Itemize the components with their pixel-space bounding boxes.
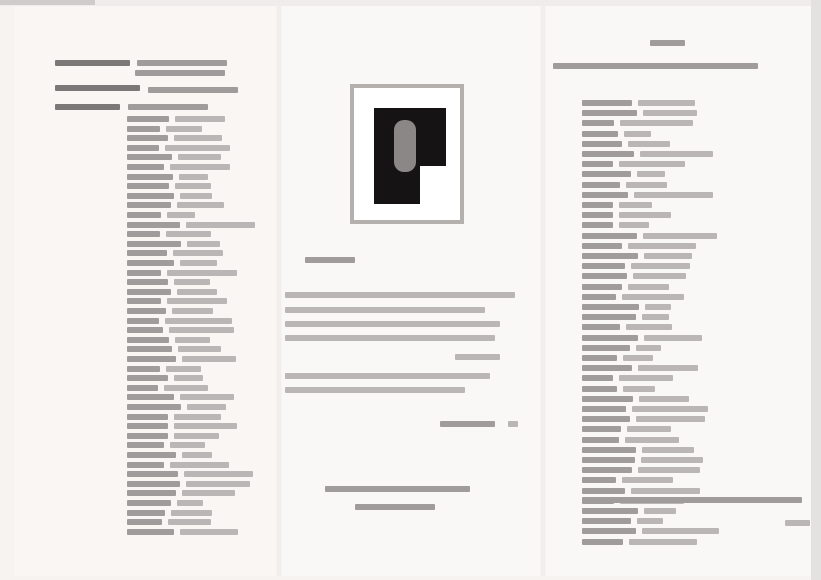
right-list-entry: [642, 528, 719, 534]
center-footer-title: [325, 486, 470, 492]
left-list-entry: [127, 183, 169, 189]
right-list-entry: [582, 110, 637, 116]
right-list-entry: [582, 273, 627, 279]
portrait-frame: [350, 84, 464, 224]
right-list-entry: [638, 365, 698, 371]
left-list-entry: [173, 250, 223, 256]
right-list-entry: [619, 222, 649, 228]
left-list-entry: [127, 481, 180, 487]
left-list-entry: [127, 500, 171, 506]
left-list-entry: [179, 174, 207, 180]
right-list-entry: [582, 100, 632, 106]
left-header-line: [55, 104, 120, 110]
left-list-entry: [127, 519, 162, 525]
left-list-entry: [170, 164, 230, 170]
left-list-entry: [127, 414, 168, 420]
left-header-line: [128, 104, 208, 110]
right-list-entry: [582, 335, 638, 341]
right-list-entry: [582, 467, 632, 473]
portrait-photo: [374, 108, 446, 204]
left-list-entry: [127, 135, 168, 141]
left-list-entry: [127, 308, 166, 314]
center-paragraph-line: [285, 387, 465, 393]
left-header-line: [135, 70, 225, 76]
right-list-entry: [620, 120, 694, 126]
left-header-line: [148, 87, 238, 93]
center-signature: [508, 421, 518, 427]
left-list-entry: [177, 500, 203, 506]
right-list-entry: [582, 202, 613, 208]
left-list-entry: [127, 337, 169, 343]
right-list-entry: [582, 253, 638, 259]
right-list-entry: [640, 151, 713, 157]
right-list-entry: [637, 171, 665, 177]
right-list-entry: [582, 212, 613, 218]
left-list-entry: [178, 154, 221, 160]
left-list-entry: [167, 298, 227, 304]
left-list-entry: [127, 174, 173, 180]
left-list-entry: [178, 346, 221, 352]
right-list-entry: [642, 314, 669, 320]
right-list-entry: [582, 182, 620, 188]
left-list-entry: [127, 366, 160, 372]
right-list-entry: [582, 233, 637, 239]
scan-right-edge: [811, 0, 821, 580]
right-list-entry: [582, 365, 632, 371]
right-list-entry: [582, 457, 635, 463]
right-list-entry: [582, 141, 622, 147]
right-list-entry: [582, 528, 636, 534]
right-list-entry: [582, 539, 623, 545]
right-list-entry: [582, 131, 618, 137]
left-list-entry: [186, 481, 250, 487]
left-list-entry: [127, 154, 172, 160]
right-list-entry: [632, 406, 707, 412]
right-list-entry: [626, 324, 672, 330]
left-list-entry: [165, 318, 232, 324]
left-list-entry: [180, 394, 234, 400]
right-list-entry: [629, 539, 697, 545]
left-list-entry: [174, 135, 222, 141]
right-list-entry: [582, 518, 631, 524]
right-list-entry: [619, 161, 685, 167]
right-list-entry: [644, 508, 677, 514]
left-list-entry: [127, 279, 168, 285]
left-list-entry: [175, 116, 225, 122]
left-list-entry: [167, 270, 236, 276]
left-list-entry: [174, 279, 209, 285]
right-list-entry: [637, 518, 662, 524]
left-list-entry: [182, 356, 236, 362]
left-list-entry: [127, 212, 161, 218]
left-list-entry: [184, 471, 253, 477]
left-list-entry: [127, 356, 176, 362]
left-list-entry: [127, 260, 174, 266]
left-list-entry: [164, 385, 208, 391]
right-list-entry: [624, 131, 652, 137]
left-list-entry: [182, 490, 236, 496]
right-list-entry: [628, 243, 696, 249]
right-list-entry: [625, 437, 679, 443]
right-list-entry: [582, 263, 625, 269]
left-list-entry: [127, 433, 168, 439]
right-list-entry: [619, 202, 652, 208]
right-list-entry: [582, 243, 622, 249]
right-list-entry: [582, 294, 616, 300]
left-list-entry: [127, 193, 174, 199]
right-list-entry: [644, 253, 692, 259]
left-list-entry: [127, 442, 164, 448]
scan-edge-mark: [785, 520, 810, 526]
left-list-entry: [127, 270, 161, 276]
right-list-entry: [628, 284, 669, 290]
left-list-entry: [127, 222, 180, 228]
right-list-entry: [643, 233, 717, 239]
right-list-entry: [638, 467, 700, 473]
left-list-entry: [187, 404, 227, 410]
left-list-entry: [127, 471, 178, 477]
left-list-entry: [127, 423, 168, 429]
right-list-entry: [636, 345, 662, 351]
left-list-entry: [127, 404, 181, 410]
left-list-entry: [127, 462, 164, 468]
right-list-entry: [627, 426, 671, 432]
right-list-entry: [582, 426, 621, 432]
left-list-entry: [127, 116, 169, 122]
right-list-entry: [582, 120, 614, 126]
right-list-entry: [623, 355, 653, 361]
left-list-entry: [170, 442, 206, 448]
right-list-entry: [582, 406, 626, 412]
left-list-entry: [127, 202, 171, 208]
right-list-entry: [639, 396, 688, 402]
center-signature: [440, 421, 495, 427]
left-list-entry: [127, 145, 159, 151]
right-list-entry: [636, 416, 705, 422]
right-list-entry: [622, 294, 684, 300]
right-list-entry: [582, 447, 636, 453]
left-list-entry: [127, 327, 163, 333]
left-header-line: [137, 60, 227, 66]
left-list-entry: [186, 222, 255, 228]
left-list-entry: [180, 193, 212, 199]
right-list-entry: [582, 151, 634, 157]
right-list-entry: [642, 447, 693, 453]
right-list-entry: [582, 324, 620, 330]
left-list-entry: [187, 241, 221, 247]
left-list-entry: [127, 385, 158, 391]
right-list-entry: [582, 396, 633, 402]
right-list-entry: [622, 477, 673, 483]
right-list-entry: [582, 437, 619, 443]
left-list-entry: [166, 231, 211, 237]
left-list-entry: [177, 289, 217, 295]
right-list-entry: [619, 375, 673, 381]
right-list-entry: [619, 212, 671, 218]
left-list-entry: [180, 260, 218, 266]
right-list-entry: [623, 386, 655, 392]
right-header-small: [650, 40, 685, 46]
right-list-entry: [582, 304, 639, 310]
left-list-entry: [174, 423, 237, 429]
right-list-entry: [582, 222, 613, 228]
left-list-entry: [168, 519, 211, 525]
left-list-entry: [180, 529, 238, 535]
left-list-entry: [174, 414, 221, 420]
right-list-entry: [582, 345, 630, 351]
center-paragraph-line: [285, 373, 490, 379]
right-list-entry: [645, 304, 670, 310]
right-list-entry: [644, 335, 702, 341]
left-list-entry: [127, 164, 164, 170]
right-list-entry: [582, 355, 617, 361]
left-list-entry: [182, 452, 213, 458]
right-list-entry: [582, 488, 625, 494]
left-list-entry: [127, 490, 176, 496]
left-list-entry: [167, 212, 194, 218]
right-list-entry: [582, 386, 617, 392]
left-list-entry: [127, 289, 171, 295]
right-list-entry: [582, 284, 622, 290]
left-list-entry: [127, 529, 174, 535]
fold-line-left: [277, 6, 281, 576]
left-list-entry: [166, 126, 202, 132]
right-list-entry: [582, 497, 802, 503]
center-paragraph-line: [285, 335, 495, 341]
right-header-title: [553, 63, 758, 69]
right-list-entry: [631, 263, 690, 269]
right-list-entry: [582, 161, 613, 167]
left-list-entry: [127, 250, 167, 256]
fold-line-right: [541, 6, 545, 576]
right-list-entry: [633, 273, 686, 279]
right-list-entry: [582, 477, 616, 483]
left-list-entry: [127, 298, 161, 304]
left-list-entry: [177, 202, 224, 208]
left-list-entry: [127, 375, 168, 381]
left-list-entry: [170, 462, 229, 468]
left-list-entry: [172, 308, 213, 314]
left-list-entry: [127, 241, 181, 247]
left-list-entry: [174, 375, 203, 381]
left-list-entry: [174, 433, 219, 439]
right-list-entry: [631, 488, 700, 494]
center-paragraph-line: [285, 307, 485, 313]
left-header-line: [55, 60, 130, 66]
left-list-entry: [175, 183, 211, 189]
left-list-entry: [165, 145, 230, 151]
center-paragraph-line: [455, 354, 500, 360]
right-list-entry: [634, 192, 713, 198]
right-list-entry: [638, 100, 695, 106]
left-list-entry: [127, 510, 165, 516]
right-list-entry: [628, 141, 670, 147]
left-header-line: [55, 85, 140, 91]
left-list-entry: [127, 452, 176, 458]
left-list-entry: [166, 366, 201, 372]
left-list-entry: [127, 394, 174, 400]
left-list-entry: [169, 327, 234, 333]
right-list-entry: [641, 457, 704, 463]
right-list-entry: [582, 192, 628, 198]
center-section-title: [305, 257, 355, 263]
right-list-entry: [582, 375, 613, 381]
right-list-entry: [626, 182, 667, 188]
center-paragraph-line: [285, 292, 515, 298]
left-list-entry: [127, 231, 160, 237]
right-list-entry: [582, 171, 631, 177]
left-list-entry: [127, 346, 172, 352]
center-paragraph-line: [285, 321, 500, 327]
left-list-entry: [127, 318, 159, 324]
left-list-entry: [175, 337, 211, 343]
right-list-entry: [582, 508, 638, 514]
left-list-entry: [127, 126, 160, 132]
right-list-entry: [643, 110, 697, 116]
center-footer-dates: [355, 504, 435, 510]
left-list-entry: [171, 510, 212, 516]
right-list-entry: [582, 314, 636, 320]
right-list-entry: [582, 416, 630, 422]
